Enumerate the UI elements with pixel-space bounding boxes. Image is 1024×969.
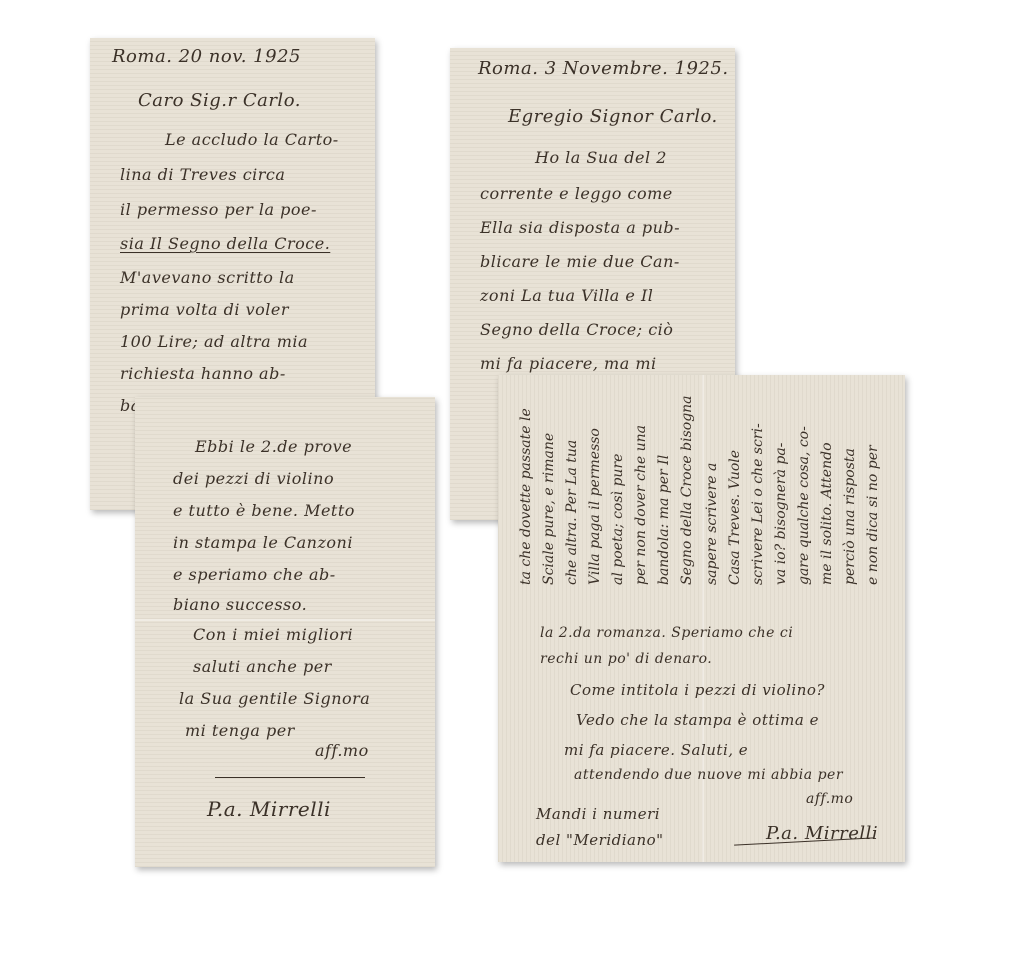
vertical-line: ta che dovette passate le <box>518 408 534 585</box>
vertical-line: Casa Treves. Vuole <box>727 450 743 585</box>
vertical-line: perciò una risposta <box>842 448 858 585</box>
closing-line: la 2.da romanza. Speriamo che ci <box>540 625 793 641</box>
body-line: blicare le mie due Can- <box>480 252 680 271</box>
body-line: Ella sia disposta a pub- <box>480 218 680 237</box>
body-line: 100 Lire; ad altra mia <box>120 332 308 351</box>
body-line: zoni La tua Villa e Il <box>480 286 653 305</box>
body-line: dei pezzi di violino <box>173 469 334 488</box>
body-line: mi tenga per <box>185 721 295 740</box>
signature-rule <box>215 777 365 778</box>
letter-date: Roma. 20 nov. 1925 <box>112 46 301 67</box>
body-line: e speriamo che ab- <box>173 565 336 584</box>
body-line: prima volta di voler <box>120 300 289 319</box>
vertical-line: e non dica si no per <box>865 445 881 585</box>
vertical-line: per non dover che una <box>633 425 649 585</box>
vertical-line: va io? bisognerà pa- <box>773 443 789 585</box>
body-line: richiesta hanno ab- <box>120 364 286 383</box>
letter-1-page-2: Ebbi le 2.de prove dei pezzi di violino … <box>135 397 435 867</box>
postscript-line: del "Meridiano" <box>536 831 664 849</box>
vertical-line: al poeta; così pure <box>610 454 626 585</box>
vertical-line: che altra. Per La tua <box>564 440 580 585</box>
body-line: biano successo. <box>173 595 307 614</box>
body-line: Le accludo la Carto- <box>165 130 339 149</box>
body-line: in stampa le Canzoni <box>173 533 353 552</box>
body-line: il permesso per la poe- <box>120 200 317 219</box>
closing: aff.mo <box>315 741 369 760</box>
closing-line: attendendo due nuove mi abbia per <box>574 767 843 783</box>
body-line: Segno della Croce; ciò <box>480 320 673 339</box>
body-line: e tutto è bene. Metto <box>173 501 355 520</box>
closing-line: mi fa piacere. Saluti, e <box>564 741 748 759</box>
closing-line: rechi un po' di denaro. <box>540 651 712 667</box>
body-line: corrente e leggo come <box>480 184 673 203</box>
body-line: la Sua gentile Signora <box>179 689 370 708</box>
letter-date: Roma. 3 Novembre. 1925. <box>478 58 729 79</box>
salutation: Caro Sig.r Carlo. <box>138 90 301 111</box>
body-line: M'avevano scritto la <box>120 268 295 287</box>
signature: P.a. Mirrelli <box>207 797 331 821</box>
fold-line <box>702 375 704 862</box>
body-line: sia Il Segno della Croce. <box>120 234 330 253</box>
closing: aff.mo <box>806 791 853 807</box>
vertical-line: scrivere Lei o che scri- <box>750 423 766 585</box>
body-line: saluti anche per <box>193 657 332 676</box>
closing-line: Vedo che la stampa è ottima e <box>576 711 819 729</box>
vertical-line: gare qualche cosa, co- <box>796 426 812 585</box>
letter-2-page-2: ta che dovette passate le Sciale pure, e… <box>498 375 905 862</box>
closing-line: Come intitola i pezzi di violino? <box>570 681 825 699</box>
vertical-line: Villa paga il permesso <box>587 428 603 585</box>
body-line: Ebbi le 2.de prove <box>195 437 352 456</box>
signature: P.a. Mirrelli <box>766 823 878 844</box>
fold-line <box>135 619 435 621</box>
body-line: lina di Treves circa <box>120 165 285 184</box>
salutation: Egregio Signor Carlo. <box>508 106 718 127</box>
vertical-line: Segno della Croce bisogna <box>679 395 695 585</box>
body-line: Con i miei migliori <box>193 625 353 644</box>
vertical-line: me il solito. Attendo <box>819 442 835 585</box>
vertical-line: bandola: ma per Il <box>656 455 672 585</box>
body-line: Ho la Sua del 2 <box>535 148 667 167</box>
vertical-line: sapere scrivere a <box>704 463 720 585</box>
postscript-line: Mandi i numeri <box>536 805 660 823</box>
body-line: mi fa piacere, ma mi <box>480 354 657 373</box>
vertical-line: Sciale pure, e rimane <box>541 433 557 585</box>
